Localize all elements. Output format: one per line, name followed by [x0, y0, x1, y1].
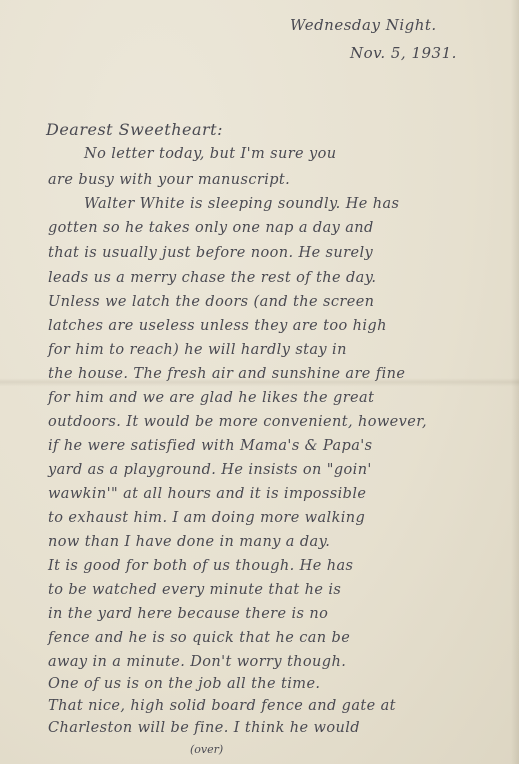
letter-line: Walter White is sleeping soundly. He has	[84, 196, 399, 212]
letter-line: latches are useless unless they are too …	[48, 318, 387, 334]
letter-line: gotten so he takes only one nap a day an…	[48, 220, 374, 236]
letter-line: wawkin'" at all hours and it is impossib…	[48, 486, 366, 502]
letter-line: outdoors. It would be more convenient, h…	[48, 414, 427, 430]
letter-page: Wednesday Night. Nov. 5, 1931. Dearest S…	[0, 0, 519, 764]
letter-line: for him and we are glad he likes the gre…	[48, 390, 374, 406]
letter-salutation: Dearest Sweetheart:	[46, 120, 223, 139]
letter-line: That nice, high solid board fence and ga…	[48, 698, 396, 714]
letter-line: in the yard here because there is no	[48, 606, 328, 622]
overleaf-note: (over)	[190, 743, 223, 756]
letter-line: are busy with your manuscript.	[48, 172, 290, 188]
letter-line: away in a minute. Don't worry though.	[48, 654, 346, 670]
letter-line: leads us a merry chase the rest of the d…	[48, 270, 376, 286]
letter-line: for him to reach) he will hardly stay in	[48, 342, 347, 358]
letter-line: now than I have done in many a day.	[48, 534, 330, 550]
letter-line: if he were satisfied with Mama's & Papa'…	[48, 438, 373, 454]
letter-line: to be watched every minute that he is	[48, 582, 341, 598]
letter-line: It is good for both of us though. He has	[48, 558, 353, 574]
letter-line: fence and he is so quick that he can be	[48, 630, 350, 646]
letter-line: No letter today, but I'm sure you	[84, 146, 336, 162]
letter-line: One of us is on the job all the time.	[48, 676, 320, 692]
letter-line: yard as a playground. He insists on "goi…	[48, 462, 372, 478]
paper-edge-shadow	[511, 0, 519, 764]
letter-line: the house. The fresh air and sunshine ar…	[48, 366, 405, 382]
letter-line: Charleston will be fine. I think he woul…	[48, 720, 360, 736]
letter-line: Unless we latch the doors (and the scree…	[48, 294, 374, 310]
letter-line: that is usually just before noon. He sur…	[48, 245, 373, 261]
letter-line: to exhaust him. I am doing more walking	[48, 510, 365, 526]
letter-date: Nov. 5, 1931.	[350, 44, 457, 62]
letter-date-day: Wednesday Night.	[290, 16, 437, 34]
